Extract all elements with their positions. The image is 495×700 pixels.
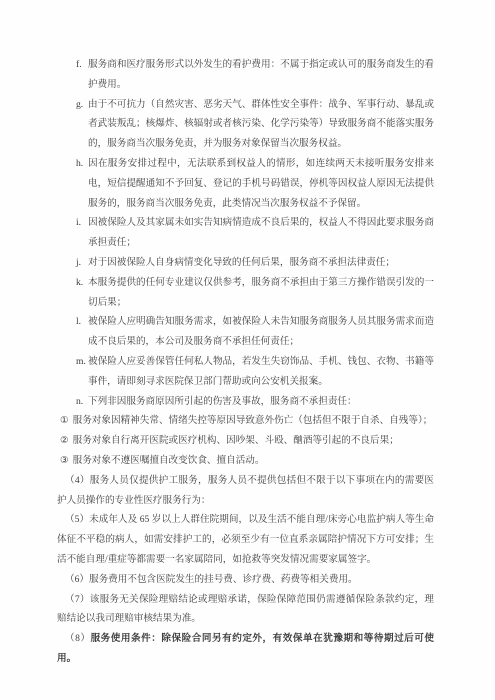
item-text-k: 本服务提供的任何专业建议仅供参考，服务商不承担由于第三方操作错误引发的一切后果； [88, 277, 434, 308]
document-page: f.服务商和医疗服务形式以外发生的看护费用：不属于指定或认可的服务商发生的看护费… [0, 0, 495, 700]
item-marker-i: i. [76, 213, 81, 233]
terms-item-8: （8）服务使用条件：除保险合同另有约定外，有效保单在犹豫期和等待期过后可使用。 [57, 629, 434, 669]
item-text-6: 服务费用不包含医院发生的挂号费、诊疗费、药费等相关费用。 [89, 574, 358, 585]
terms-item-5: （5）未成年人及 65 岁以上人群住院期间，以及生活不能自理/床旁心电监护病人等… [57, 510, 434, 569]
item-text-i: 因被保险人及其家属未如实告知病情造成不良后果的，权益人不得因此要求服务商承担责任… [88, 217, 434, 248]
item-text-g: 由于不可抗力（自然灾害、恶劣天气、群体性安全事件：战争、军事行动、暴乱或者武装叛… [88, 99, 434, 150]
item-marker-l: l. [76, 312, 81, 332]
terms-item-f: f.服务商和医疗服务形式以外发生的看护费用：不属于指定或认可的服务商发生的看护费… [57, 55, 434, 95]
item-marker-5: （5） [65, 514, 89, 525]
item-text-n: 下列非因服务商原因所引起的伤害及事故，服务商不承担责任： [88, 396, 357, 407]
terms-item-j: j.对于因被保险人自身病情变化导致的任何后果，服务商不承担法律责任； [57, 253, 434, 273]
item-marker-circle-2: ② [60, 435, 73, 446]
item-marker-4: （4） [65, 475, 90, 486]
item-text-8: 服务使用条件：除保险合同另有约定外，有效保单在犹豫期和等待期过后可使用。 [57, 633, 434, 664]
item-marker-f: f. [76, 55, 82, 75]
item-text-4: 服务人员仅提供护工服务，服务人员不提供包括但不限于以下事项在内的需要医护人员操作… [57, 475, 434, 506]
item-marker-7: （7） [65, 594, 90, 605]
item-text-h: 因在服务安排过程中，无法联系到权益人的情形，如连续两天未接听服务安排来电，短信提… [88, 158, 434, 209]
terms-item-l: l.被保险人应明确告知服务需求，如被保险人未告知服务商服务人员其服务需求而造成不… [57, 312, 434, 352]
item-text-circle-3: 服务对象不遵医嘱擅自改变饮食、擅自活动。 [73, 455, 265, 466]
item-text-j: 对于因被保险人自身病情变化导致的任何后果，服务商不承担法律责任； [88, 257, 395, 268]
terms-item-6: （6）服务费用不包含医院发生的挂号费、诊疗费、药费等相关费用。 [57, 570, 434, 590]
item-marker-n: n. [76, 392, 83, 412]
terms-text-block: f.服务商和医疗服务形式以外发生的看护费用：不属于指定或认可的服务商发生的看护费… [57, 55, 434, 669]
item-text-l: 被保险人应明确告知服务需求，如被保险人未告知服务商服务人员其服务需求而造成不良后… [88, 316, 434, 347]
item-marker-circle-1: ① [60, 415, 73, 426]
terms-item-7: （7）该服务无关保险理赔结论或理赔承诺，保险保障范围仍需遵循保险条款约定，理赔结… [57, 590, 434, 630]
item-marker-circle-3: ③ [60, 455, 73, 466]
terms-item-i: i.因被保险人及其家属未如实告知病情造成不良后果的，权益人不得因此要求服务商承担… [57, 213, 434, 253]
terms-item-circle-3: ③服务对象不遵医嘱擅自改变饮食、擅自活动。 [57, 451, 434, 471]
item-marker-6: （6） [65, 574, 89, 585]
terms-item-circle-1: ①服务对象因精神失常、情绪失控等原因导致意外伤亡（包括但不限于自杀、自残等）； [57, 411, 434, 431]
item-text-m: 被保险人应妥善保管任何私人物品，若发生失窃饰品、手机、钱包、衣物、书籍等事件，请… [88, 356, 434, 387]
item-marker-j: j. [76, 253, 81, 273]
terms-item-h: h.因在服务安排过程中，无法联系到权益人的情形，如连续两天未接听服务安排来电，短… [57, 154, 434, 213]
terms-item-4: （4）服务人员仅提供护工服务，服务人员不提供包括但不限于以下事项在内的需要医护人… [57, 471, 434, 511]
terms-item-m: m.被保险人应妥善保管任何私人物品，若发生失窃饰品、手机、钱包、衣物、书籍等事件… [57, 352, 434, 392]
item-text-5: 未成年人及 65 岁以上人群住院期间，以及生活不能自理/床旁心电监护病人等生命体… [57, 514, 434, 565]
item-marker-k: k. [76, 273, 83, 293]
item-marker-m: m. [76, 352, 86, 372]
item-marker-8: （8） [65, 633, 91, 644]
terms-item-g: g.由于不可抗力（自然灾害、恶劣天气、群体性安全事件：战争、军事行动、暴乱或者武… [57, 95, 434, 154]
terms-item-k: k.本服务提供的任何专业建议仅供参考，服务商不承担由于第三方操作错误引发的一切后… [57, 273, 434, 313]
item-text-circle-1: 服务对象因精神失常、情绪失控等原因导致意外伤亡（包括但不限于自杀、自残等）； [73, 415, 433, 426]
item-text-f: 服务商和医疗服务形式以外发生的看护费用：不属于指定或认可的服务商发生的看护费用。 [88, 59, 434, 90]
item-text-circle-2: 服务对象自行离开医院或医疗机构、因吵架、斗殴、酗酒等引起的不良后果； [73, 435, 399, 446]
item-marker-g: g. [76, 95, 83, 115]
terms-item-n: n.下列非因服务商原因所引起的伤害及事故，服务商不承担责任： [57, 392, 434, 412]
item-text-7: 该服务无关保险理赔结论或理赔承诺，保险保障范围仍需遵循保险条款约定，理赔结论以我… [57, 594, 434, 625]
item-marker-h: h. [76, 154, 83, 174]
terms-item-circle-2: ②服务对象自行离开医院或医疗机构、因吵架、斗殴、酗酒等引起的不良后果； [57, 431, 434, 451]
